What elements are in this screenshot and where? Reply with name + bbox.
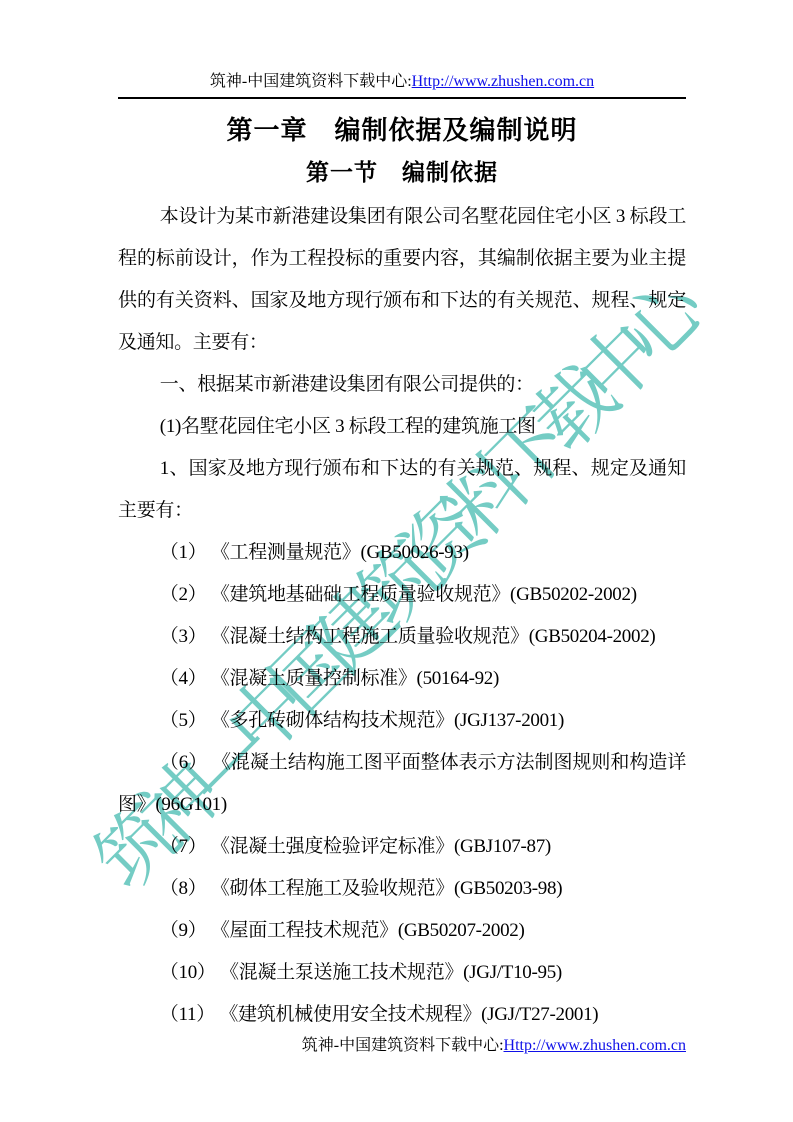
standard-item-4: （4） 《混凝土质量控制标准》(50164-92) xyxy=(118,658,686,700)
standard-item-10: （10） 《混凝土泵送施工技术规范》(JGJ/T10-95) xyxy=(118,952,686,994)
standard-item-7: （7） 《混凝土强度检验评定标准》(GBJ107-87) xyxy=(118,826,686,868)
standard-item-1: （1） 《工程测量规范》(GB50026-93) xyxy=(118,532,686,574)
standard-item-11: （11） 《建筑机械使用安全技术规程》(JGJ/T27-2001) xyxy=(118,994,686,1036)
standard-item-5: （5） 《多孔砖砌体结构技术规范》(JGJ137-2001) xyxy=(118,700,686,742)
standard-item-6: （6） 《混凝土结构施工图平面整体表示方法制图规则和构造详图》(96G101) xyxy=(118,742,686,826)
footer-site-label: 筑神-中国建筑资料下载中心: xyxy=(302,1037,504,1054)
standard-item-9: （9） 《屋面工程技术规范》(GB50207-2002) xyxy=(118,910,686,952)
basis-heading: 一、根据某市新港建设集团有限公司提供的： xyxy=(118,364,686,406)
basis-subitem: (1)名墅花园住宅小区 3 标段工程的建筑施工图 xyxy=(118,406,686,448)
section-title: 第一节 编制依据 xyxy=(118,152,686,194)
page-footer: 筑神-中国建筑资料下载中心:Http://www.zhushen.com.cn xyxy=(118,1032,686,1060)
document-page: 筑神—中国建筑资料下载中心 筑神-中国建筑资料下载中心:Http://www.z… xyxy=(0,0,793,1122)
footer-site-link[interactable]: Http://www.zhushen.com.cn xyxy=(504,1037,686,1054)
chapter-title: 第一章 编制依据及编制说明 xyxy=(118,110,686,152)
standard-item-3: （3） 《混凝土结构工程施工质量验收规范》(GB50204-2002) xyxy=(118,616,686,658)
intro-paragraph: 本设计为某市新港建设集团有限公司名墅花园住宅小区 3 标段工程的标前设计，作为工… xyxy=(118,196,686,364)
standard-item-2: （2） 《建筑地基础础工程质量验收规范》(GB50202-2002) xyxy=(118,574,686,616)
header-site-link[interactable]: Http://www.zhushen.com.cn xyxy=(412,73,594,90)
document-body: 本设计为某市新港建设集团有限公司名墅花园住宅小区 3 标段工程的标前设计，作为工… xyxy=(118,196,686,1036)
standards-heading: 1、国家及地方现行颁布和下达的有关规范、规程、规定及通知主要有： xyxy=(118,448,686,532)
page-header: 筑神-中国建筑资料下载中心:Http://www.zhushen.com.cn xyxy=(118,70,686,99)
header-site-label: 筑神-中国建筑资料下载中心: xyxy=(210,73,412,90)
standard-item-8: （8） 《砌体工程施工及验收规范》(GB50203-98) xyxy=(118,868,686,910)
